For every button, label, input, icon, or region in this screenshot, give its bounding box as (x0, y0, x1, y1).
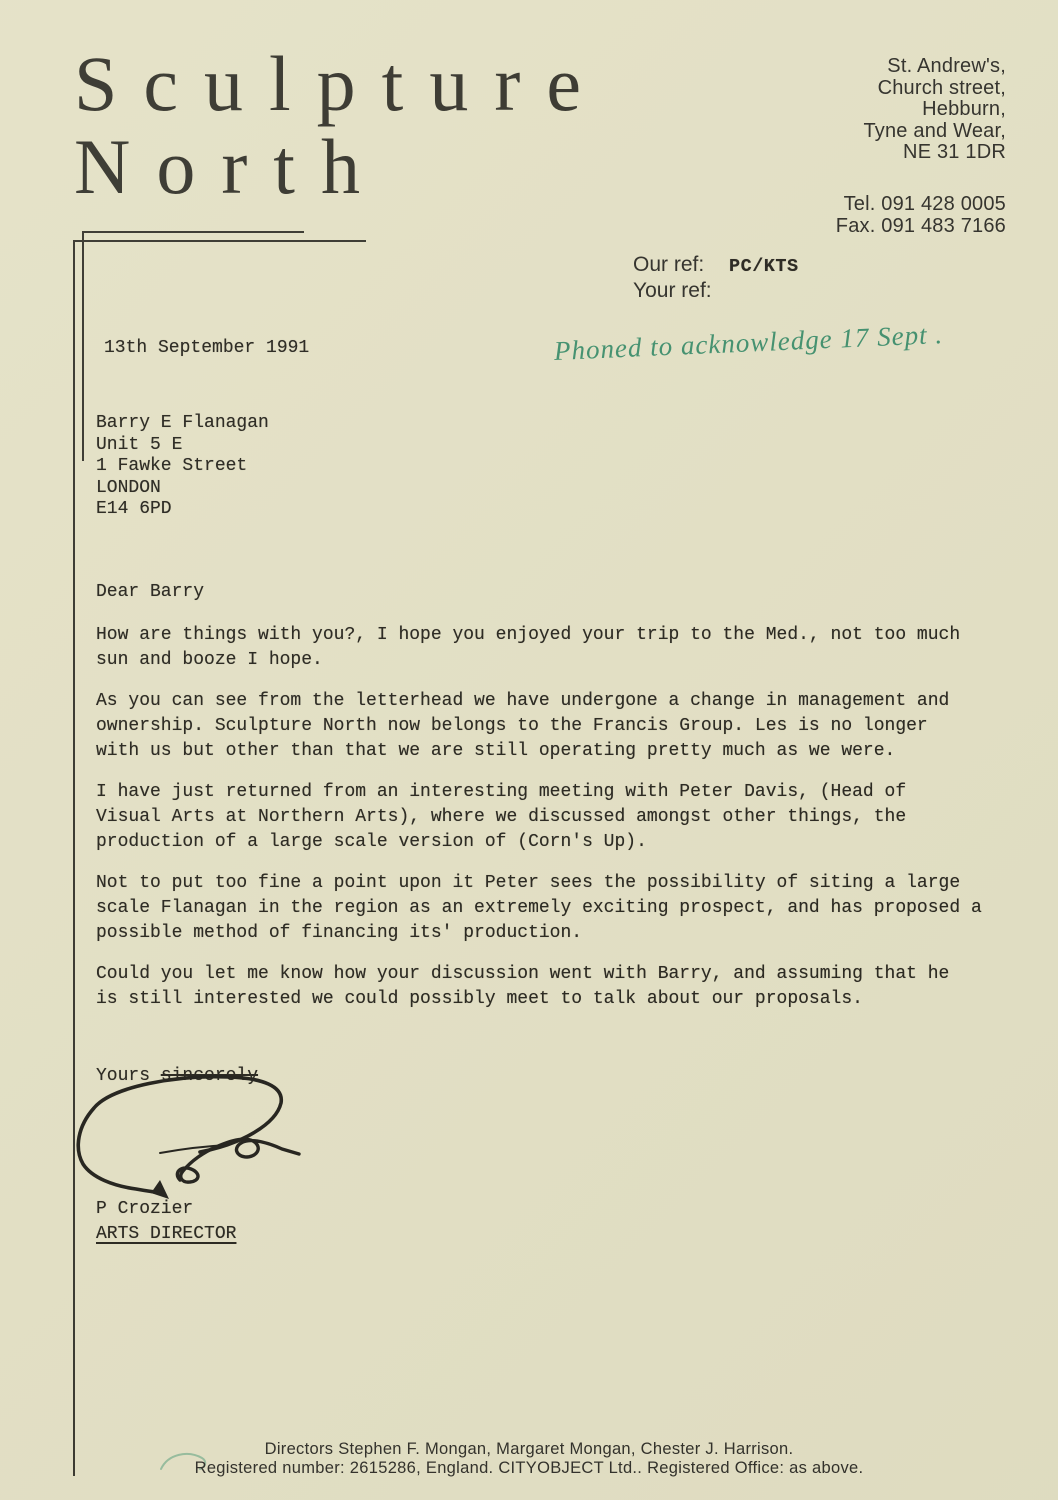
your-ref-label: Your ref: (633, 279, 729, 303)
our-ref-label: Our ref: (633, 253, 729, 277)
letterhead-address: St. Andrew's, Church street, Hebburn, Ty… (863, 56, 1006, 164)
paragraph-3: I have just returned from an interesting… (96, 780, 1001, 855)
signature-scribble (70, 1074, 330, 1204)
our-ref-row: Our ref: PC/KTS (633, 253, 799, 279)
brand-line-2: North (74, 125, 607, 208)
letterhead-brand: Sculpture North (74, 42, 607, 208)
letterhead-fax: Fax. 091 483 7166 (836, 216, 1006, 238)
corner-rule-top-outer (73, 240, 366, 242)
letter-page: Sculpture North St. Andrew's, Church str… (0, 0, 1058, 1500)
letter-body: Dear Barry How are things with you?, I h… (96, 580, 1001, 1028)
reference-block: Our ref: PC/KTS Your ref: (633, 253, 799, 303)
paragraph-4: Not to put too fine a point upon it Pete… (96, 871, 1001, 946)
signatory-block: P Crozier ARTS DIRECTOR (96, 1197, 236, 1246)
paragraph-2: As you can see from the letterhead we ha… (96, 689, 1001, 764)
letterhead-contact: Tel. 091 428 0005 Fax. 091 483 7166 (836, 194, 1006, 237)
footer-registration: Registered number: 2615286, England. CIT… (0, 1459, 1058, 1478)
footer-directors: Directors Stephen F. Mongan, Margaret Mo… (0, 1440, 1058, 1459)
letterhead-tel: Tel. 091 428 0005 (836, 194, 1006, 216)
paragraph-1: How are things with you?, I hope you enj… (96, 623, 1001, 673)
your-ref-row: Your ref: (633, 279, 799, 303)
corner-rule-left-inner (82, 231, 84, 461)
corner-rule-left-outer (73, 240, 75, 1476)
letter-date: 13th September 1991 (104, 338, 309, 358)
signatory-title: ARTS DIRECTOR (96, 1222, 236, 1247)
handwritten-note: Phoned to acknowledge 17 Sept . (553, 319, 943, 367)
salutation: Dear Barry (96, 580, 1001, 605)
our-ref-value: PC/KTS (729, 255, 799, 279)
brand-line-1: Sculpture (74, 42, 607, 125)
paragraph-5: Could you let me know how your discussio… (96, 962, 1001, 1012)
footer: Directors Stephen F. Mongan, Margaret Mo… (0, 1440, 1058, 1478)
signatory-name: P Crozier (96, 1197, 236, 1222)
recipient-address: Barry E Flanagan Unit 5 E 1 Fawke Street… (96, 413, 269, 521)
corner-rule-top-inner (82, 231, 304, 233)
